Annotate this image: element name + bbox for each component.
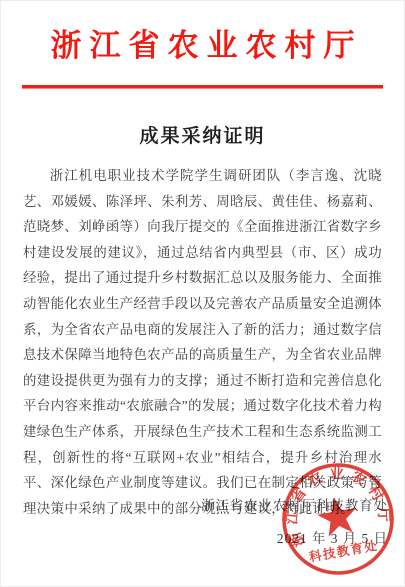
- document-body-paragraph: 浙江机电职业技术学院学生调研团队（李言逸、沈晓艺、邓媛媛、陈泽坪、朱利芳、周晗辰…: [23, 163, 382, 521]
- signature-block: 浙江省农业农村厅科技教育处 2021 年 3 月 5 日: [201, 495, 388, 547]
- document-title: 成果采纳证明: [1, 121, 404, 148]
- issuing-department-line: 浙江省农业农村厅科技教育处: [201, 495, 388, 514]
- header-divider-rule: [22, 85, 383, 89]
- issue-date-line: 2021 年 3 月 5 日: [201, 528, 388, 547]
- agency-header-title: 浙江省农业农村厅: [1, 28, 404, 64]
- certificate-document-page: 浙江省农业农村厅 成果采纳证明 浙江机电职业技术学院学生调研团队（李言逸、沈晓艺…: [0, 0, 405, 587]
